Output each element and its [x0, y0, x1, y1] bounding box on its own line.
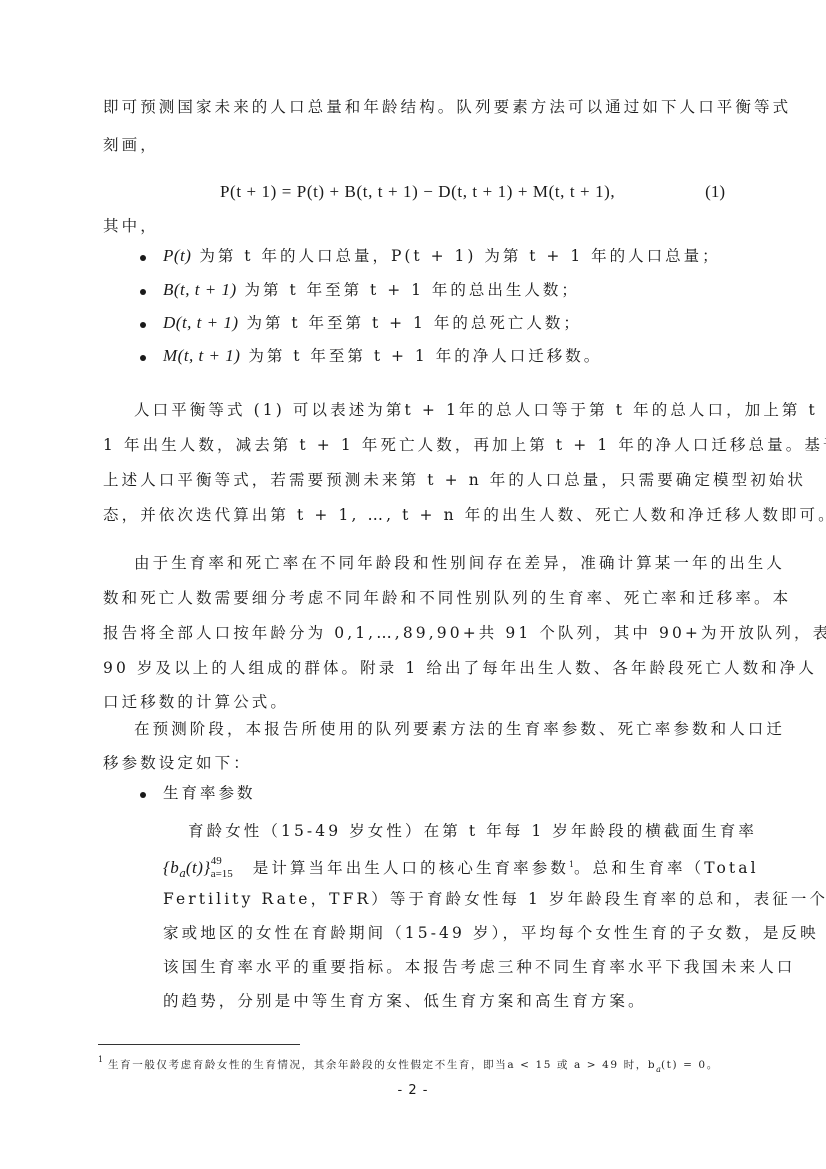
- math-expression: (t)}: [186, 858, 211, 877]
- definition-symbol: B(t, t + 1): [163, 280, 237, 299]
- fertility-paragraph-line: {ba(t)}49a=15 是计算当年出生人口的核心生育率参数1。总和生育率（T…: [163, 855, 725, 884]
- cohort-paragraph-line: 报告将全部人口按年龄分为 0,1,…,89,90+共 91 个队列，其中 90+…: [103, 623, 725, 643]
- page-number: - 2 -: [0, 1083, 826, 1098]
- fertility-paragraph-line: 家或地区的女性在育龄期间（15-49 岁），平均每个女性生育的子女数，是反映: [163, 923, 725, 943]
- definition-text: 为第 t 年至第 t + 1 年的净人口迁移数。: [240, 347, 602, 365]
- definition-text: 为第 t 年至第 t + 1 年的总死亡人数；: [239, 314, 582, 332]
- fertility-paragraph-line: 该国生育率水平的重要指标。本报告考虑三种不同生育率水平下我国未来人口: [163, 957, 725, 977]
- cohort-paragraph-line: 数和死亡人数需要细分考虑不同年龄和不同性别队列的生育率、死亡率和迁移率。本: [103, 588, 725, 608]
- sum-limits: 49a=15: [211, 855, 245, 875]
- definition-item: B(t, t + 1) 为第 t 年至第 t + 1 年的总出生人数；: [163, 280, 580, 300]
- bullet-icon: [140, 355, 146, 361]
- fertility-text: 。总和生育率（Total: [574, 859, 759, 877]
- fertility-paragraph-line: Fertility Rate，TFR）等于育龄女性每 1 岁年龄段生育率的总和，…: [163, 889, 725, 909]
- definition-text: 为第 t 年的人口总量，P(t + 1) 为第 t + 1 年的人口总量；: [191, 247, 720, 265]
- params-paragraph-line: 在预测阶段，本报告所使用的队列要素方法的生育率参数、死亡率参数和人口迁: [134, 719, 725, 739]
- fertility-paragraph-line: 育龄女性（15-49 岁女性）在第 t 年每 1 岁年龄段的横截面生育率: [188, 821, 725, 841]
- footnote: 1 生育一般仅考虑育龄女性的生育情况，其余年龄段的女性假定不生育，即当a < 1…: [98, 1055, 719, 1074]
- bullet-icon: [140, 322, 146, 328]
- intro-paragraph-line-2: 刻画，: [103, 135, 725, 155]
- document-page: 即可预测国家未来的人口总量和年龄结构。队列要素方法可以通过如下人口平衡等式 刻画…: [0, 0, 826, 1169]
- where-label: 其中，: [103, 216, 725, 236]
- fertility-paragraph-line: 的趋势，分别是中等生育方案、低生育方案和高生育方案。: [163, 991, 725, 1011]
- intro-paragraph-line-1: 即可预测国家未来的人口总量和年龄结构。队列要素方法可以通过如下人口平衡等式: [103, 97, 725, 117]
- math-expression: {b: [163, 858, 179, 877]
- definition-symbol: D(t, t + 1): [163, 313, 239, 332]
- lower-limit: a=15: [211, 864, 233, 884]
- cohort-paragraph-line: 90 岁及以上的人组成的群体。附录 1 给出了每年出生人数、各年龄段死亡人数和净…: [103, 658, 725, 678]
- params-paragraph-line: 移参数设定如下：: [103, 753, 725, 773]
- balance-paragraph-line: 上述人口平衡等式，若需要预测未来第 t + n 年的人口总量，只需要确定模型初始…: [103, 470, 725, 490]
- definition-item: D(t, t + 1) 为第 t 年至第 t + 1 年的总死亡人数；: [163, 313, 582, 333]
- population-balance-equation: P(t + 1) = P(t) + B(t, t + 1) − D(t, t +…: [220, 182, 615, 202]
- balance-paragraph-line: 态，并依次迭代算出第 t + 1, …, t + n 年的出生人数、死亡人数和净…: [103, 505, 725, 525]
- footnote-text: (t) = 0。: [661, 1059, 719, 1071]
- balance-paragraph-line: 人口平衡等式 (1) 可以表述为第t + 1年的总人口等于第 t 年的总人口，加…: [134, 400, 725, 420]
- definition-item: P(t) 为第 t 年的人口总量，P(t + 1) 为第 t + 1 年的人口总…: [163, 246, 721, 266]
- footnote-text: 生育一般仅考虑育龄女性的生育情况，其余年龄段的女性假定不生育，即当a < 15 …: [103, 1059, 656, 1071]
- definition-symbol: P(t): [163, 246, 191, 265]
- footnote-divider: [98, 1044, 300, 1045]
- cohort-paragraph-line: 由于生育率和死亡率在不同年龄段和性别间存在差异，准确计算某一年的出生人: [134, 553, 725, 573]
- bullet-icon: [140, 792, 146, 798]
- bullet-icon: [140, 255, 146, 261]
- equation-number: (1): [705, 182, 725, 202]
- definition-item: M(t, t + 1) 为第 t 年至第 t + 1 年的净人口迁移数。: [163, 346, 602, 366]
- bullet-icon: [140, 289, 146, 295]
- definition-text: 为第 t 年至第 t + 1 年的总出生人数；: [237, 281, 580, 299]
- definition-symbol: M(t, t + 1): [163, 346, 240, 365]
- balance-paragraph-line: 1 年出生人数，减去第 t + 1 年死亡人数，再加上第 t + 1 年的净人口…: [103, 435, 725, 455]
- fertility-bullet-heading: 生育率参数: [163, 783, 256, 803]
- cohort-paragraph-line: 口迁移数的计算公式。: [103, 692, 725, 712]
- fertility-text: 是计算当年出生人口的核心生育率参数: [245, 859, 569, 877]
